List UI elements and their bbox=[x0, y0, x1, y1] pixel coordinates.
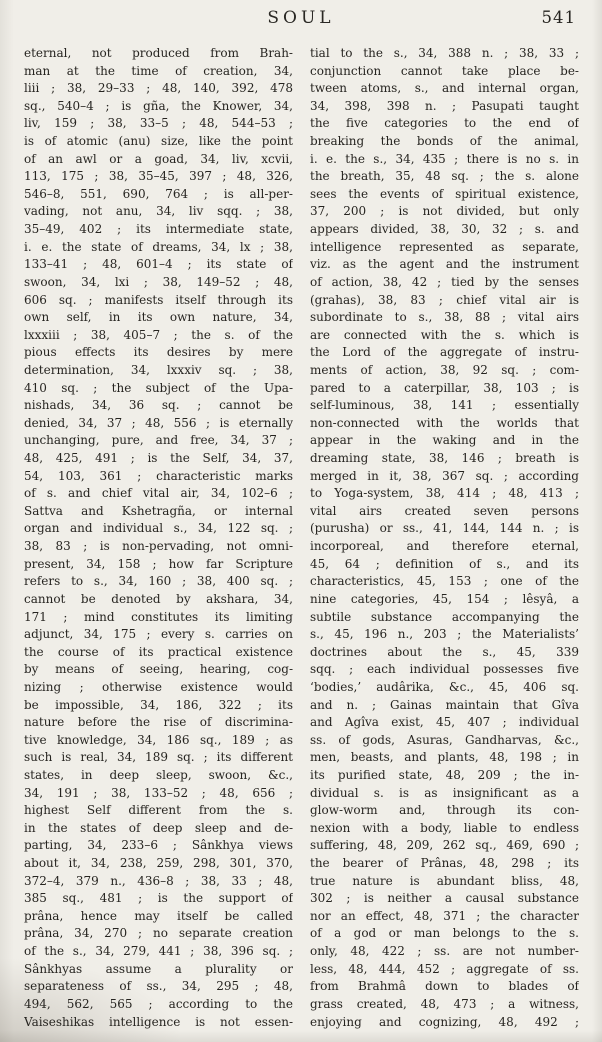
text-line: viz. as the agent and the instrument bbox=[310, 256, 579, 274]
text-line: appears divided, 38, 30, 32 ; s. and bbox=[310, 221, 579, 239]
text-line: the bearer of Prânas, 48, 298 ; its bbox=[310, 855, 579, 873]
text-line: 45, 64 ; definition of s., and its bbox=[310, 556, 579, 574]
text-line: vading, not anu, 34, liv sqq. ; 38, bbox=[24, 203, 293, 221]
text-line: man at the time of creation, 34, bbox=[24, 63, 293, 81]
text-line: subordinate to s., 38, 88 ; vital airs bbox=[310, 309, 579, 327]
text-line: less, 48, 444, 452 ; aggregate of ss. bbox=[310, 961, 579, 979]
text-line: s., 45, 196 n., 203 ; the Materialists’ bbox=[310, 626, 579, 644]
text-line: prâna, hence may itself be called bbox=[24, 908, 293, 926]
text-line: adjunct, 34, 175 ; every s. carries on bbox=[24, 626, 293, 644]
text-line: 606 sq. ; manifests itself through its bbox=[24, 292, 293, 310]
text-line: incorporeal, and therefore eternal, bbox=[310, 538, 579, 556]
text-line: 410 sq. ; the subject of the Upa- bbox=[24, 380, 293, 398]
text-line: states, in deep sleep, swoon, &c., bbox=[24, 767, 293, 785]
text-line: self-luminous, 38, 141 ; essentially bbox=[310, 397, 579, 415]
text-line: of action, 38, 42 ; tied by the senses bbox=[310, 274, 579, 292]
text-line: from Brahmâ down to blades of bbox=[310, 978, 579, 996]
text-line: doctrines about the s., 45, 339 bbox=[310, 644, 579, 662]
text-line: Vaiseshikas intelligence is not essen- bbox=[24, 1014, 293, 1032]
text-line: of the s., 34, 279, 441 ; 38, 396 sq. ; bbox=[24, 943, 293, 961]
text-line: 372–4, 379 n., 436–8 ; 38, 33 ; 48, bbox=[24, 873, 293, 891]
text-line: tween atoms, s., and internal organ, bbox=[310, 80, 579, 98]
text-line: to Yoga-system, 38, 414 ; 48, 413 ; bbox=[310, 485, 579, 503]
text-line: and n. ; Gainas maintain that Gîva bbox=[310, 697, 579, 715]
text-line: nine categories, 45, 154 ; lêsyâ, a bbox=[310, 591, 579, 609]
text-line: present, 34, 158 ; how far Scripture bbox=[24, 556, 293, 574]
text-line: liv, 159 ; 38, 33–5 ; 48, 544–53 ; bbox=[24, 115, 293, 133]
text-line: ments of action, 38, 92 sq. ; com- bbox=[310, 362, 579, 380]
text-line: 34, 398, 398 n. ; Pasupati taught bbox=[310, 98, 579, 116]
text-line: pious effects its desires by mere bbox=[24, 344, 293, 362]
text-line: in the states of deep sleep and de- bbox=[24, 820, 293, 838]
text-line: sees the events of spiritual existence, bbox=[310, 186, 579, 204]
left-column: eternal, not produced from Brah-man at t… bbox=[24, 45, 293, 1031]
text-line: grass created, 48, 473 ; a witness, bbox=[310, 996, 579, 1014]
text-line: 34, 191 ; 38, 133–52 ; 48, 656 ; bbox=[24, 785, 293, 803]
text-line: 385 sq., 481 ; is the support of bbox=[24, 890, 293, 908]
text-line: only, 48, 422 ; ss. are not number- bbox=[310, 943, 579, 961]
text-line: conjunction cannot take place be- bbox=[310, 63, 579, 81]
text-line: denied, 34, 37 ; 48, 556 ; is eternally bbox=[24, 415, 293, 433]
text-line: breaking the bonds of the animal, bbox=[310, 133, 579, 151]
text-line: of an awl or a goad, 34, liv, xcvii, bbox=[24, 151, 293, 169]
text-line: 546–8, 551, 690, 764 ; is all-per- bbox=[24, 186, 293, 204]
text-line: Sânkhyas assume a plurality or bbox=[24, 961, 293, 979]
text-line: determination, 34, lxxxiv sq. ; 38, bbox=[24, 362, 293, 380]
text-line: 38, 83 ; is non-pervading, not omni- bbox=[24, 538, 293, 556]
text-line: 133–41 ; 48, 601–4 ; its state of bbox=[24, 256, 293, 274]
text-line: 302 ; is neither a causal substance bbox=[310, 890, 579, 908]
text-line: ss. of gods, Asuras, Gandharvas, &c., bbox=[310, 732, 579, 750]
text-line: the Lord of the aggregate of instru- bbox=[310, 344, 579, 362]
text-line: 171 ; mind constitutes its limiting bbox=[24, 609, 293, 627]
text-line: appear in the waking and in the bbox=[310, 432, 579, 450]
text-line: liii ; 38, 29–33 ; 48, 140, 392, 478 bbox=[24, 80, 293, 98]
text-line: men, beasts, and plants, 48, 198 ; in bbox=[310, 749, 579, 767]
text-line: true nature is abundant bliss, 48, bbox=[310, 873, 579, 891]
text-line: sqq. ; each individual possesses five bbox=[310, 661, 579, 679]
text-line: highest Self different from the s. bbox=[24, 802, 293, 820]
text-line: are connected with the s. which is bbox=[310, 327, 579, 345]
text-line: refers to s., 34, 160 ; 38, 400 sq. ; bbox=[24, 573, 293, 591]
text-line: non-connected with the worlds that bbox=[310, 415, 579, 433]
text-line: prâna, 34, 270 ; no separate creation bbox=[24, 925, 293, 943]
text-line: dreaming state, 38, 146 ; breath is bbox=[310, 450, 579, 468]
text-line: 54, 103, 361 ; characteristic marks bbox=[24, 468, 293, 486]
text-line: (grahas), 38, 83 ; chief vital air is bbox=[310, 292, 579, 310]
text-line: is of atomic (anu) size, like the point bbox=[24, 133, 293, 151]
text-line: nor an effect, 48, 371 ; the character bbox=[310, 908, 579, 926]
text-line: the course of its practical existence bbox=[24, 644, 293, 662]
text-line: suffering, 48, 209, 262 sq., 469, 690 ; bbox=[310, 837, 579, 855]
page-number: 541 bbox=[542, 8, 577, 27]
text-line: i. e. the state of dreams, 34, lx ; 38, bbox=[24, 239, 293, 257]
text-line: lxxxiii ; 38, 405–7 ; the s. of the bbox=[24, 327, 293, 345]
text-line: 113, 175 ; 38, 35–45, 397 ; 48, 326, bbox=[24, 168, 293, 186]
text-line: i. e. the s., 34, 435 ; there is no s. i… bbox=[310, 151, 579, 169]
text-line: its purified state, 48, 209 ; the in- bbox=[310, 767, 579, 785]
text-line: organ and individual s., 34, 122 sq. ; bbox=[24, 520, 293, 538]
text-line: ‘bodies,’ audârika, &c., 45, 406 sq. bbox=[310, 679, 579, 697]
text-line: nature before the rise of discrimina- bbox=[24, 714, 293, 732]
text-line: own self, in its own nature, 34, bbox=[24, 309, 293, 327]
text-line: subtile substance accompanying the bbox=[310, 609, 579, 627]
text-line: tial to the s., 34, 388 n. ; 38, 33 ; bbox=[310, 45, 579, 63]
right-column: tial to the s., 34, 388 n. ; 38, 33 ;con… bbox=[310, 45, 579, 1031]
text-line: such is real, 34, 189 sq. ; its differen… bbox=[24, 749, 293, 767]
text-line: Sattva and Kshetragña, or internal bbox=[24, 503, 293, 521]
text-line: the five categories to the end of bbox=[310, 115, 579, 133]
text-line: 37, 200 ; is not divided, but only bbox=[310, 203, 579, 221]
book-page: SOUL 541 eternal, not produced from Brah… bbox=[0, 0, 602, 1042]
text-line: merged in it, 38, 367 sq. ; according bbox=[310, 468, 579, 486]
text-line: intelligence represented as separate, bbox=[310, 239, 579, 257]
text-line: vital airs created seven persons bbox=[310, 503, 579, 521]
text-line: 48, 425, 491 ; is the Self, 34, 37, bbox=[24, 450, 293, 468]
text-line: by means of seeing, hearing, cog- bbox=[24, 661, 293, 679]
text-line: characteristics, 45, 153 ; one of the bbox=[310, 573, 579, 591]
text-line: of a god or man belongs to the s. bbox=[310, 925, 579, 943]
text-line: eternal, not produced from Brah- bbox=[24, 45, 293, 63]
text-line: cannot be denoted by akshara, 34, bbox=[24, 591, 293, 609]
text-line: parting, 34, 233–6 ; Sânkhya views bbox=[24, 837, 293, 855]
text-line: and Agîva exist, 45, 407 ; individual bbox=[310, 714, 579, 732]
text-line: 494, 562, 565 ; according to the bbox=[24, 996, 293, 1014]
text-line: enjoying and cognizing, 48, 492 ; bbox=[310, 1014, 579, 1032]
text-line: glow-worm and, through its con- bbox=[310, 802, 579, 820]
page-header: SOUL 541 bbox=[0, 0, 602, 39]
text-line: be impossible, 34, 186, 322 ; its bbox=[24, 697, 293, 715]
text-line: the breath, 35, 48 sq. ; the s. alone bbox=[310, 168, 579, 186]
text-line: tive knowledge, 34, 186 sq., 189 ; as bbox=[24, 732, 293, 750]
text-line: nishads, 34, 36 sq. ; cannot be bbox=[24, 397, 293, 415]
text-columns: eternal, not produced from Brah-man at t… bbox=[0, 39, 602, 1031]
text-line: unchanging, pure, and free, 34, 37 ; bbox=[24, 432, 293, 450]
text-line: sq., 540–4 ; is gña, the Knower, 34, bbox=[24, 98, 293, 116]
text-line: nexion with a body, liable to endless bbox=[310, 820, 579, 838]
text-line: dividual s. is as insignificant as a bbox=[310, 785, 579, 803]
text-line: 35–49, 402 ; its intermediate state, bbox=[24, 221, 293, 239]
text-line: about it, 34, 238, 259, 298, 301, 370, bbox=[24, 855, 293, 873]
text-line: of s. and chief vital air, 34, 102–6 ; bbox=[24, 485, 293, 503]
text-line: separateness of ss., 34, 295 ; 48, bbox=[24, 978, 293, 996]
text-line: (purusha) or ss., 41, 144, 144 n. ; is bbox=[310, 520, 579, 538]
text-line: pared to a caterpillar, 38, 103 ; is bbox=[310, 380, 579, 398]
text-line: swoon, 34, lxi ; 38, 149–52 ; 48, bbox=[24, 274, 293, 292]
running-title: SOUL bbox=[267, 8, 334, 28]
text-line: nizing ; otherwise existence would bbox=[24, 679, 293, 697]
